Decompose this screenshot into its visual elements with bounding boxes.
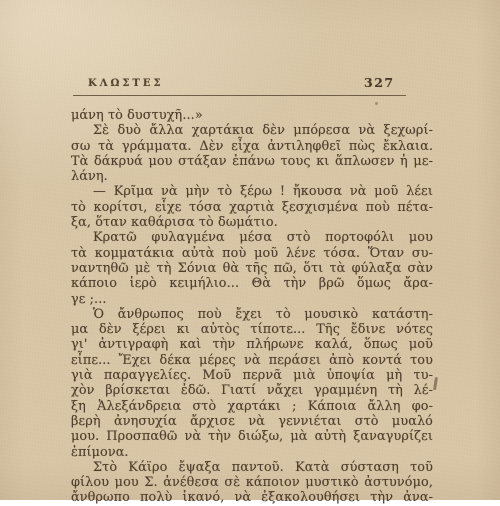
text-line: ξα, ὅταν καθάρισα τὸ δωμάτιο. (71, 215, 433, 230)
text-line: μα δὲν ξέρει κι αὐτὸς τίποτε... Τῆς ἔδιν… (71, 322, 433, 337)
text-line: μου. Προσπαθῶ νὰ τὴν διώξω, μὰ αὐτὴ ξανα… (71, 429, 433, 444)
text-line: ναντηθῶ μὲ τὴ Σόνια θὰ τῆς πῶ, ὅτι τὰ φύ… (71, 261, 433, 276)
text-line: Στὸ Κάϊρο ἔψαξα παντοῦ. Κατὰ σύσταση τοῦ (71, 460, 433, 475)
text-line: γι' ἀντιγραφὴ καὶ τὴν πλήρωνε καλά, ὅπως… (71, 337, 433, 352)
text-line: χὸν βρίσκεται ἐδῶ. Γιατί νἄχει γραμμένη … (71, 383, 433, 398)
text-line: ἄνθρωπο πολὺ ἱκανό, νὰ ἐξακολουθήσει τὴν… (71, 490, 433, 500)
text-line: γιὰ παραγγελίες. Μοῦ περνᾶ μιὰ ὑποψία μὴ… (71, 368, 433, 383)
text-line: φίλου μου Σ. ἀνέθεσα σὲ κάποιον μυστικὸ … (71, 475, 433, 490)
text-line: ξη Ἀλεξάνδρεια στὸ χαρτάκι ; Κάποια ἄλλη… (71, 399, 433, 414)
running-title: ΚΛΩΣΤΕΣ (88, 78, 164, 89)
text-line: Σὲ δυὸ ἄλλα χαρτάκια δὲν μπόρεσα νὰ ξεχω… (71, 123, 433, 138)
text-line: εἶπε... Ἔχει δέκα μέρες νὰ περάσει ἀπὸ κ… (71, 353, 433, 368)
text-line: γε ;... (71, 292, 433, 307)
text-line: κάποιο ἱερὸ κειμήλιο... Θὰ τὴν βρῶ ὅμως … (71, 276, 433, 291)
book-page: ΚΛΩΣΤΕΣ 327 μάνη τὸ δυστυχῆ...»Σὲ δυὸ ἄλ… (0, 0, 500, 500)
text-line: λάνη. (71, 169, 433, 184)
text-line: Τὰ δάκρυά μου στάξαν ἐπάνω τους κι ἅπλωσ… (71, 154, 433, 169)
page-text: μάνη τὸ δυστυχῆ...»Σὲ δυὸ ἄλλα χαρτάκια … (71, 108, 433, 500)
text-line: σω τὰ γράμματα. Δὲν εἶχα ἀντιληφθεῖ πὼς … (71, 139, 433, 154)
text-line: μάνη τὸ δυστυχῆ...» (71, 108, 433, 123)
text-line: βερὴ ἀνησυχία ἄρχισε νὰ γεννιέται στὸ μυ… (71, 414, 433, 429)
text-line: Ὁ ἄνθρωπος ποὺ ἔχει τὸ μουσικὸ κατάστη- (71, 307, 433, 322)
text-line: τὰ κομματάκια αὐτὰ ποὺ μοῦ λένε τόσα. Ὅτ… (71, 246, 433, 261)
text-line: Κρατῶ φυλαγμένα μέσα στὸ πορτοφόλι μου (71, 230, 433, 245)
page-number: 327 (364, 75, 395, 90)
paper-speck (375, 102, 378, 105)
header-rule (73, 95, 406, 96)
text-line: — Κρῖμα νὰ μὴν τὸ ξέρω ! ἤκουσα νὰ μοῦ λ… (71, 184, 433, 199)
text-line: ἐπίμονα. (71, 445, 433, 460)
text-line: τὸ κορίτσι, εἶχε τόσα χαρτιὰ ξεσχισμένα … (71, 200, 433, 215)
stray-pencil-mark (433, 377, 438, 390)
